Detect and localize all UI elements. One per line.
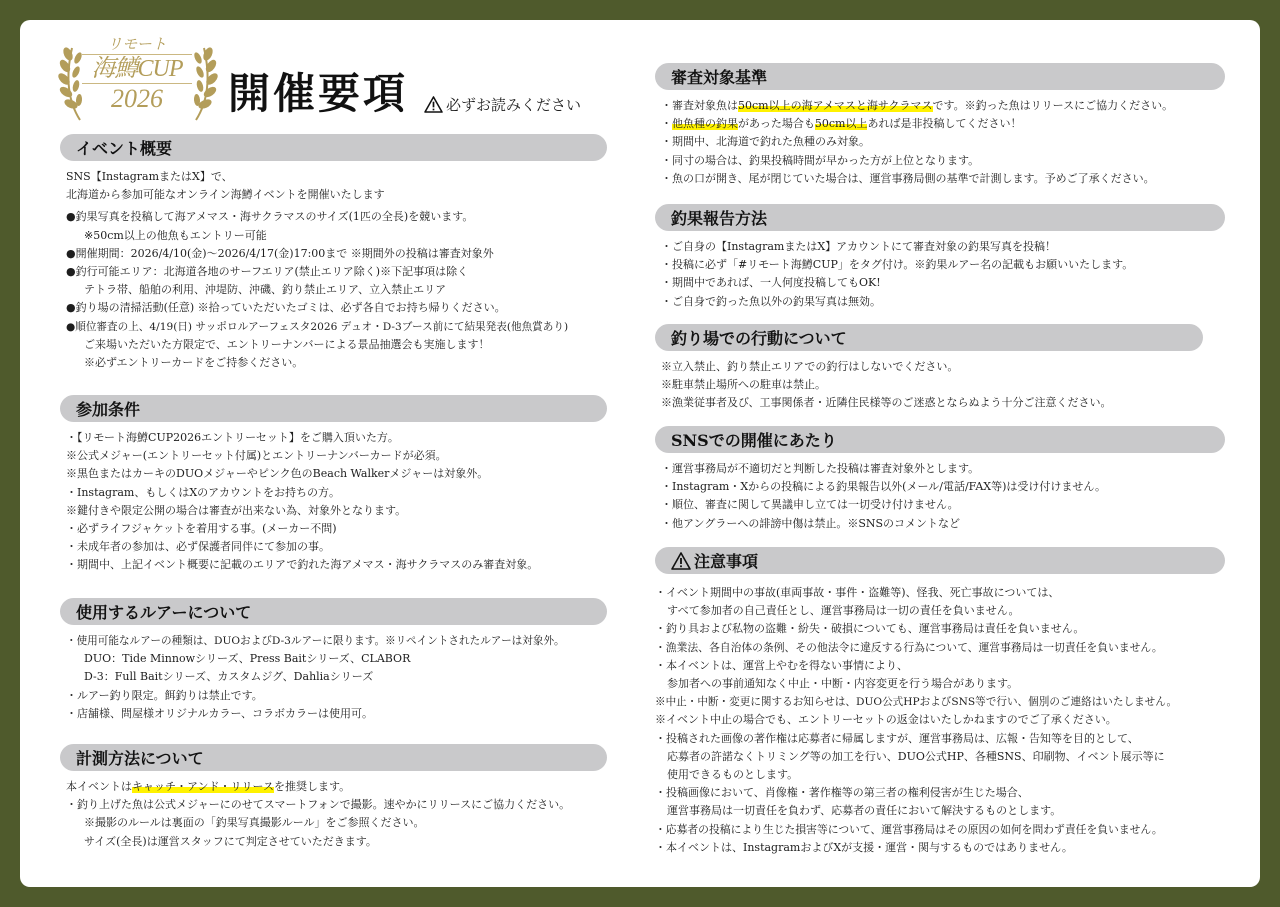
overview-intro-2: 北海道から参加可能なオンライン海鱒イベントを開催いたします bbox=[66, 186, 607, 204]
logo-line-remote: リモート bbox=[82, 36, 192, 55]
overview-item: ※必ずエントリーカードをご持参ください。 bbox=[66, 354, 607, 372]
participation-item: ※公式メジャー(エントリーセット付属)とエントリーナンバーカードが必須。 bbox=[66, 447, 607, 465]
highlight-catch-and-release: キャッチ・アンド・リリース bbox=[132, 780, 274, 793]
lures-item: ・店舗様、問屋様オリジナルカラー、コラボカラーは使用可。 bbox=[66, 705, 607, 723]
must-read-notice: 必ずお読みください bbox=[424, 94, 581, 115]
participation-item: ・期間中、上記イベント概要に記載のエリアで釣れた海アメマス・海サクラマスのみ審査… bbox=[66, 556, 607, 574]
lures-item: ・ルアー釣り限定。餌釣りは禁止です。 bbox=[66, 687, 607, 705]
overview-intro-1: SNS【InstagramまたはX】で、 bbox=[66, 168, 607, 186]
section-conduct: 釣り場での行動について ※立入禁止、釣り禁止エリアでの釣行はしないでください。 … bbox=[655, 324, 1203, 413]
overview-item: ※50cm以上の他魚もエントリー可能 bbox=[66, 227, 607, 245]
overview-item: ご来場いただいた方限定で、エントリーナンバーによる景品抽選会も実施します！ bbox=[66, 336, 607, 354]
measurement-intro-pre: 本イベントは bbox=[66, 780, 132, 793]
report-item: ・期間中であれば、一人何度投稿してもOK! bbox=[661, 274, 1225, 292]
caution-item: ※イベント中止の場合でも、エントリーセットの返金はいたしかねますのでご了承くださ… bbox=[655, 711, 1225, 729]
participation-item: ・【リモート海鱒CUP2026エントリーセット】をご購入頂いた方。 bbox=[66, 429, 607, 447]
caution-item: ・釣り具および私物の盗難・紛失・破損についても、運営事務局は責任を負いません。 bbox=[655, 620, 1225, 638]
lures-item: ・使用可能なルアーの種類は、DUOおよびD-3ルアーに限ります。※リペイントされ… bbox=[66, 632, 607, 650]
measurement-intro-post: を推奨します。 bbox=[274, 780, 350, 793]
flyer-card: リモート 海鱒CUP 2026 開催要項 必ずお読みく bbox=[20, 20, 1260, 887]
sns-item: ・Instagram・Xからの投稿による釣果報告以外(メール/電話/FAX等)は… bbox=[661, 478, 1225, 496]
overview-item: テトラ帯、船舶の利用、沖堤防、沖磯、釣り禁止エリア、立入禁止エリア bbox=[66, 281, 607, 299]
section-participation: 参加条件 ・【リモート海鱒CUP2026エントリーセット】をご購入頂いた方。 ※… bbox=[60, 395, 607, 575]
conduct-item: ※駐車禁止場所への駐車は禁止。 bbox=[661, 376, 1203, 394]
highlight-50cm: 50cm以上 bbox=[815, 117, 868, 130]
measurement-item: ※撮影のルールは裏面の「釣果写真撮影ルール」をご参照ください。 bbox=[66, 814, 607, 832]
lures-item: DUO：Tide Minnowシリーズ、Press Baitシリーズ、CLABO… bbox=[66, 650, 607, 668]
section-sns: SNSでの開催にあたり ・運営事務局が不適切だと判断した投稿は審査対象外とします… bbox=[655, 426, 1225, 533]
measurement-intro: 本イベントはキャッチ・アンド・リリースを推奨します。 bbox=[66, 778, 607, 796]
laurel-right-icon bbox=[188, 42, 218, 122]
logo-line-cup: 海鱒CUP bbox=[82, 55, 192, 84]
section-measurement: 計測方法について 本イベントはキャッチ・アンド・リリースを推奨します。 ・釣り上… bbox=[60, 744, 607, 851]
section-header-criteria: 審査対象基準 bbox=[655, 63, 1225, 90]
logo-text: リモート 海鱒CUP 2026 bbox=[82, 36, 192, 114]
participation-item: ※鍵付きや限定公開の場合は審査が出来ない為、対象外となります。 bbox=[66, 502, 607, 520]
criteria-text: ・審査対象魚は bbox=[661, 99, 738, 112]
caution-item: ・投稿された画像の著作権は応募者に帰属しますが、運営事務局は、広報・告知等を目的… bbox=[655, 730, 1225, 748]
section-cautions: 注意事項 ・イベント期間中の事故(車両事故・事件・盗難等)、怪我、死亡事故につい… bbox=[655, 547, 1225, 857]
criteria-text: あれば是非投稿してください！ bbox=[867, 117, 1021, 130]
page-title: 開催要項 bbox=[228, 70, 408, 118]
section-report: 釣果報告方法 ・ご自身の【InstagramまたはX】アカウントにて審査対象の釣… bbox=[655, 204, 1225, 311]
event-logo: リモート 海鱒CUP 2026 bbox=[58, 36, 218, 124]
report-item: ・投稿に必ず「#リモート海鱒CUP」をタグ付け。※釣果ルアー名の記載もお願いいた… bbox=[661, 256, 1225, 274]
caution-item: ※中止・中断・変更に関するお知らせは、DUO公式HPおよびSNS等で行い、個別の… bbox=[655, 693, 1225, 711]
must-read-text: 必ずお読みください bbox=[446, 94, 581, 115]
section-header-participation: 参加条件 bbox=[60, 395, 607, 422]
caution-item: 使用できるものとします。 bbox=[655, 766, 1225, 784]
lures-item: D-3：Full Baitシリーズ、カスタムジグ、Dahliaシリーズ bbox=[66, 668, 607, 686]
participation-item: ※黒色またはカーキのDUOメジャーやピンク色のBeach Walkerメジャーは… bbox=[66, 465, 607, 483]
section-event-overview: イベント概要 SNS【InstagramまたはX】で、 北海道から参加可能なオン… bbox=[60, 134, 607, 372]
section-header-cautions: 注意事項 bbox=[655, 547, 1225, 574]
overview-item: ●順位審査の上、4/19(日) サッポロルアーフェスタ2026 デュオ・D-3ブ… bbox=[66, 318, 607, 336]
highlight-other-species: 他魚種の釣果 bbox=[672, 117, 738, 130]
sns-item: ・他アングラーへの誹謗中傷は禁止。※SNSのコメントなど bbox=[661, 515, 1225, 533]
sns-item: ・順位、審査に関して異議申し立ては一切受け付けません。 bbox=[661, 496, 1225, 514]
criteria-item: ・同寸の場合は、釣果投稿時間が早かった方が上位となります。 bbox=[661, 152, 1225, 170]
section-header-conduct: 釣り場での行動について bbox=[655, 324, 1203, 351]
caution-item: 運営事務局は一切責任を負わず、応募者の責任において解決するものとします。 bbox=[655, 802, 1225, 820]
participation-item: ・Instagram、もしくはXのアカウントをお持ちの方。 bbox=[66, 484, 607, 502]
caution-item: ・本イベントは、運営上やむを得ない事情により、 bbox=[655, 657, 1225, 675]
criteria-item: ・魚の口が開き、尾が閉じていた場合は、運営事務局側の基準で計測します。予めご了承… bbox=[661, 170, 1225, 188]
section-header-report: 釣果報告方法 bbox=[655, 204, 1225, 231]
caution-item: 応募者の許諾なくトリミング等の加工を行い、DUO公式HP、各種SNS、印刷物、イ… bbox=[655, 748, 1225, 766]
caution-item: ・イベント期間中の事故(車両事故・事件・盗難等)、怪我、死亡事故については、 bbox=[655, 584, 1225, 602]
caution-item: ・本イベントは、InstagramおよびXが支援・運営・関与するものではありませ… bbox=[655, 839, 1225, 857]
caution-item: ・投稿画像において、肖像権・著作権等の第三者の権利侵害が生じた場合、 bbox=[655, 784, 1225, 802]
section-header-sns: SNSでの開催にあたり bbox=[655, 426, 1225, 453]
caution-item: すべて参加者の自己責任とし、運営事務局は一切の責任を負いません。 bbox=[655, 602, 1225, 620]
report-item: ・ご自身の【InstagramまたはX】アカウントにて審査対象の釣果写真を投稿！ bbox=[661, 238, 1225, 256]
warning-triangle-icon bbox=[424, 96, 443, 113]
cautions-title: 注意事項 bbox=[694, 549, 758, 572]
overview-item: ●開催期間：2026/4/10(金)〜2026/4/17(金)17:00まで ※… bbox=[66, 245, 607, 263]
overview-item: ●釣り場の清掃活動(任意) ※拾っていただいたゴミは、必ず各自でお持ち帰りくださ… bbox=[66, 299, 607, 317]
measurement-item: ・釣り上げた魚は公式メジャーにのせてスマートフォンで撮影。速やかにリリースにご協… bbox=[66, 796, 607, 814]
overview-item: ●釣果写真を投稿して海アメマス・海サクラマスのサイズ(1匹の全長)を競います。 bbox=[66, 208, 607, 226]
caution-item: 参加者への事前通知なく中止・中断・内容変更を行う場合があります。 bbox=[655, 675, 1225, 693]
section-header-lures: 使用するルアーについて bbox=[60, 598, 607, 625]
measurement-item: サイズ(全長)は運営スタッフにて判定させていただきます。 bbox=[66, 833, 607, 851]
participation-item: ・必ずライフジャケットを着用する事。(メーカー不問) bbox=[66, 520, 607, 538]
report-item: ・ご自身で釣った魚以外の釣果写真は無効。 bbox=[661, 293, 1225, 311]
conduct-item: ※立入禁止、釣り禁止エリアでの釣行はしないでください。 bbox=[661, 358, 1203, 376]
criteria-item: ・審査対象魚は50cm以上の海アメマスと海サクラマスです。※釣った魚はリリースに… bbox=[661, 97, 1225, 115]
section-header-event-overview: イベント概要 bbox=[60, 134, 607, 161]
caution-item: ・漁業法、各自治体の条例、その他法令に違反する行為について、運営事務局は一切責任… bbox=[655, 639, 1225, 657]
criteria-item: ・他魚種の釣果があった場合も50cm以上あれば是非投稿してください！ bbox=[661, 115, 1225, 133]
participation-item: ・未成年者の参加は、必ず保護者同伴にて参加の事。 bbox=[66, 538, 607, 556]
section-header-measurement: 計測方法について bbox=[60, 744, 607, 771]
warning-triangle-icon bbox=[671, 552, 691, 570]
criteria-text: があった場合も bbox=[738, 117, 815, 130]
section-criteria: 審査対象基準 ・審査対象魚は50cm以上の海アメマスと海サクラマスです。※釣った… bbox=[655, 63, 1225, 188]
logo-line-year: 2026 bbox=[82, 84, 192, 114]
criteria-item: ・期間中、北海道で釣れた魚種のみ対象。 bbox=[661, 133, 1225, 151]
sns-item: ・運営事務局が不適切だと判断した投稿は審査対象外とします。 bbox=[661, 460, 1225, 478]
conduct-item: ※漁業従事者及び、工事関係者・近隣住民様等のご迷惑とならぬよう十分ご注意ください… bbox=[661, 394, 1203, 412]
overview-item: ●釣行可能エリア：北海道各地のサーフエリア(禁止エリア除く)※下記事項は除く bbox=[66, 263, 607, 281]
criteria-text: です。※釣った魚はリリースにご協力ください。 bbox=[933, 99, 1174, 112]
section-lures: 使用するルアーについて ・使用可能なルアーの種類は、DUOおよびD-3ルアーに限… bbox=[60, 598, 607, 723]
criteria-text: ・ bbox=[661, 117, 672, 130]
caution-item: ・応募者の投稿により生じた損害等について、運営事務局はその原因の如何を問わず責任… bbox=[655, 821, 1225, 839]
highlight-target-fish: 50cm以上の海アメマスと海サクラマス bbox=[738, 99, 933, 112]
